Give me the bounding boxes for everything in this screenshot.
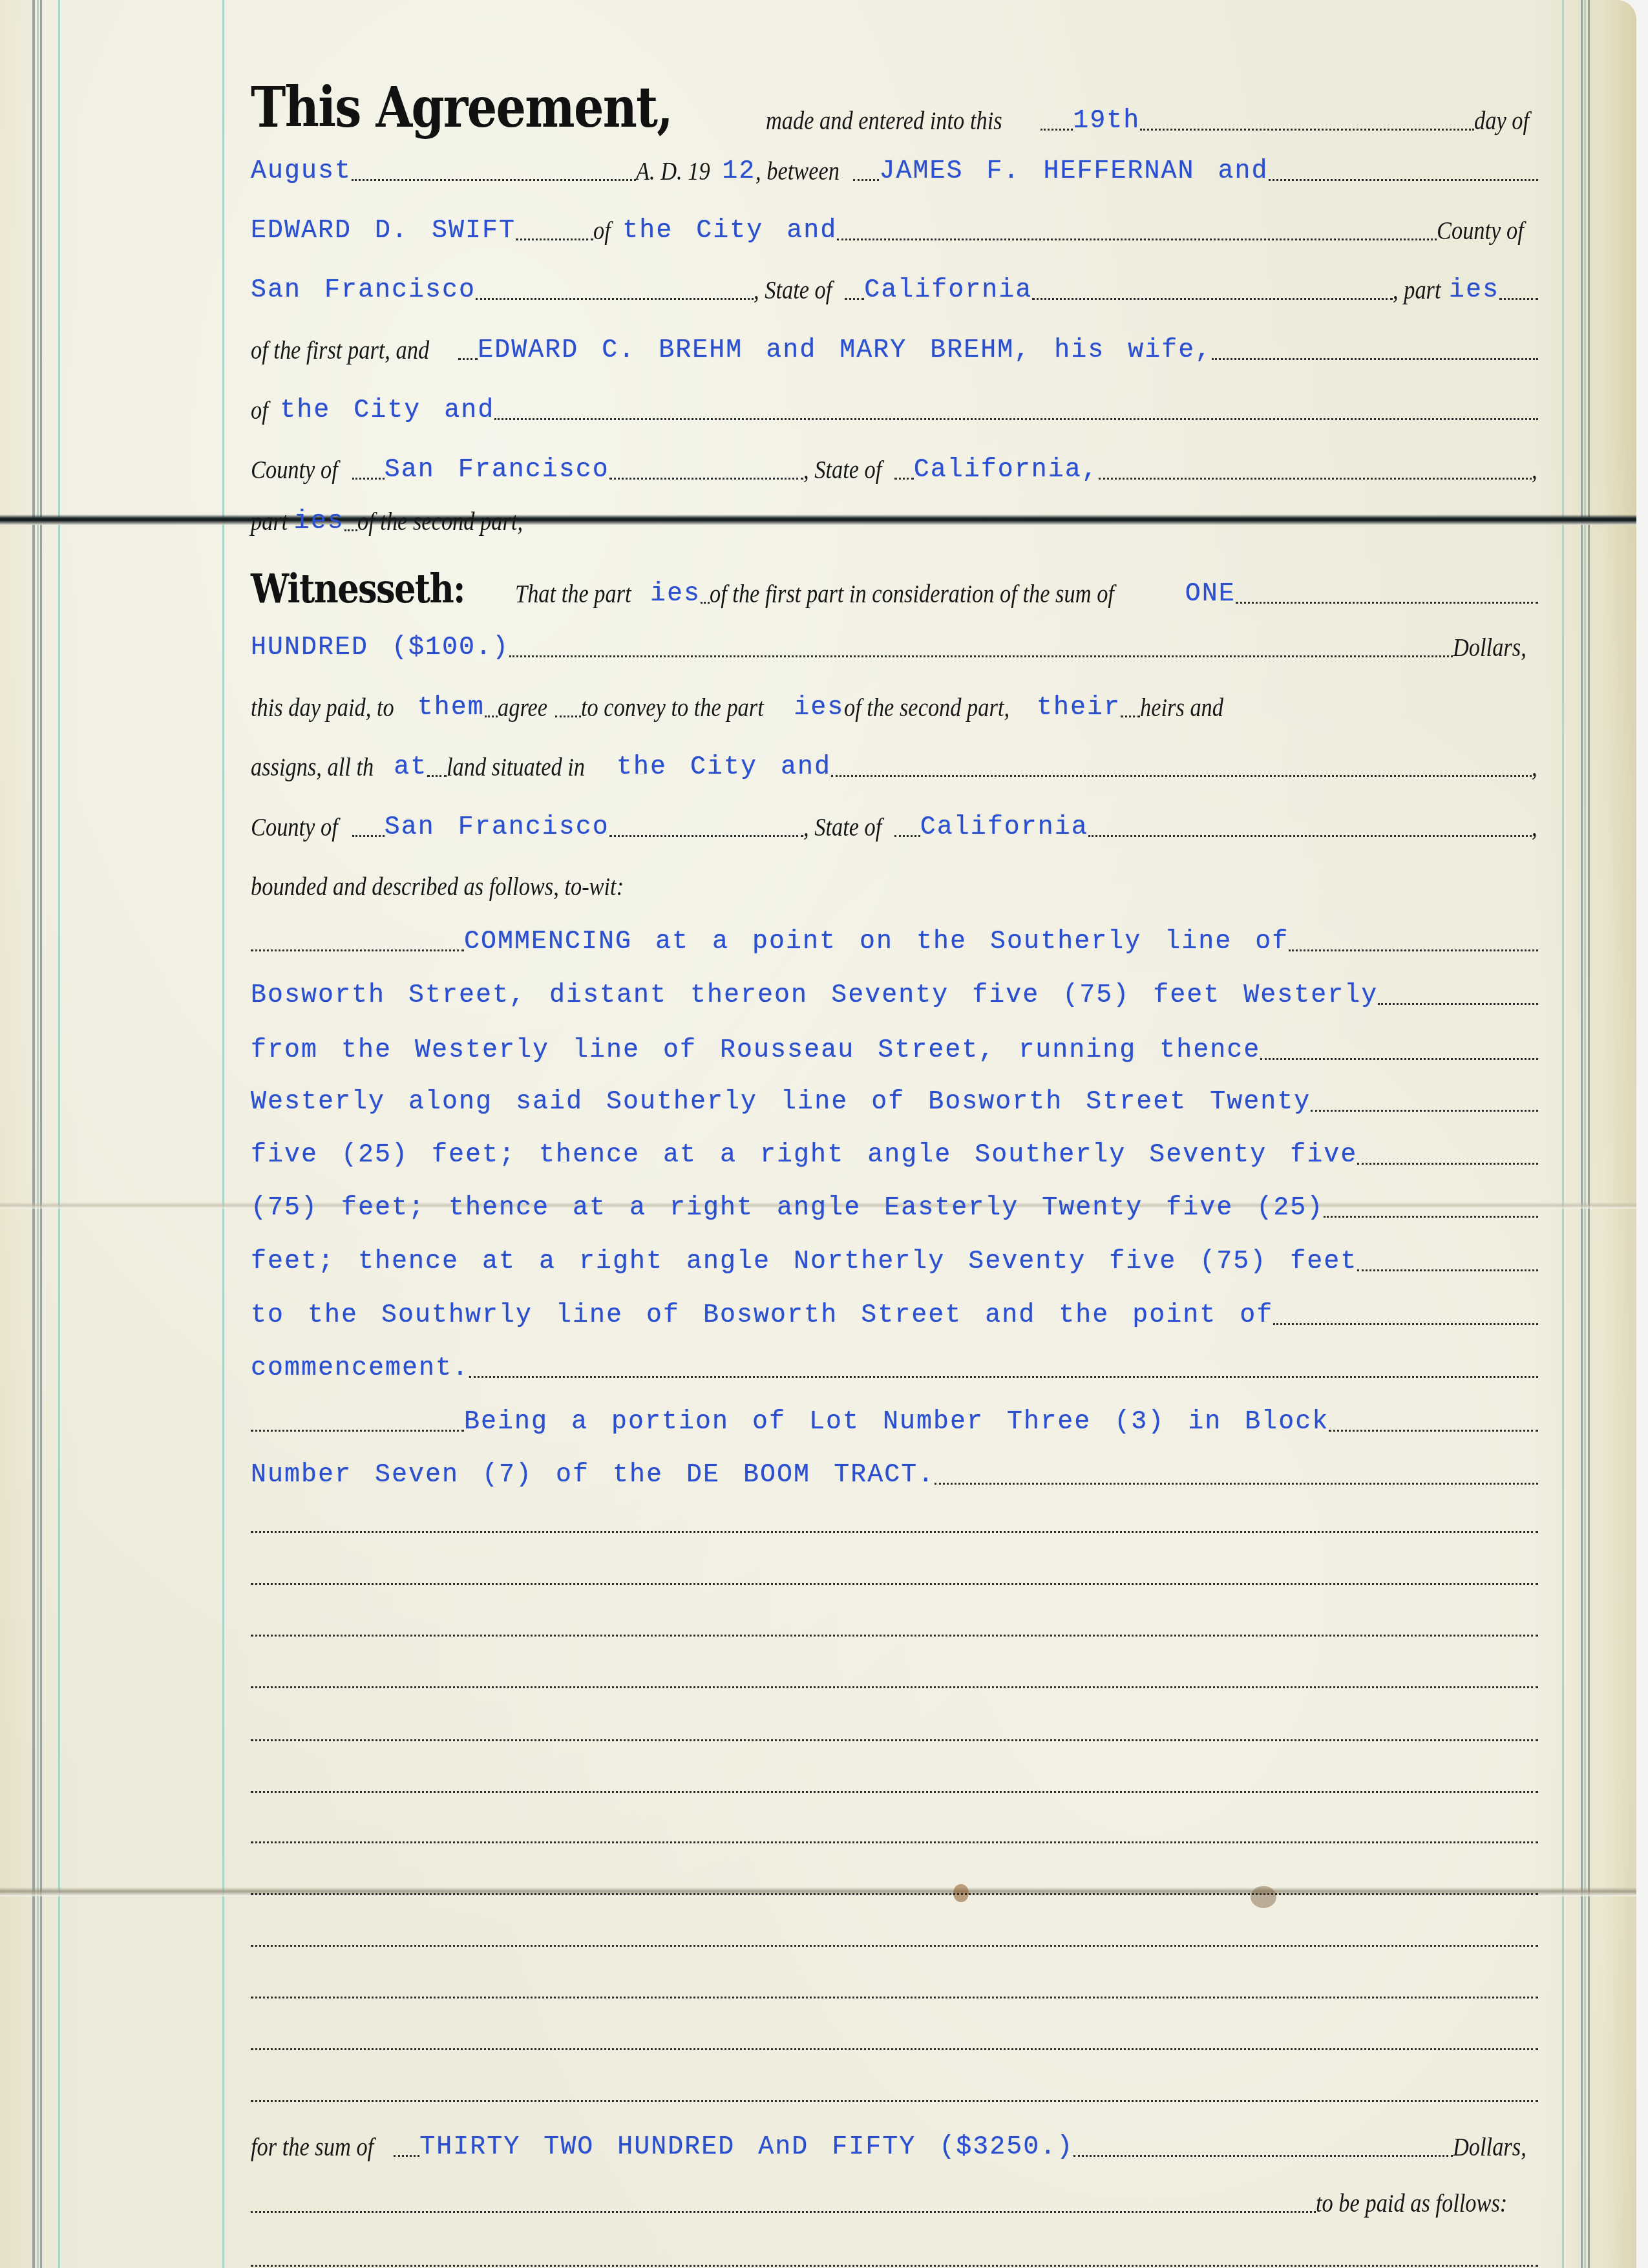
description-text[interactable]: to the Southwrly line of Bosworth Street… — [251, 1301, 1273, 1330]
fill-line — [469, 1376, 1538, 1378]
month-value[interactable]: August — [251, 157, 352, 186]
assigns-label: assigns, all th — [251, 752, 374, 782]
fill-line — [845, 298, 864, 300]
to-be-paid-label: to be paid as follows: — [1316, 2188, 1507, 2218]
second-party-location-line: County of San Francisco , State of Calif… — [251, 446, 1538, 485]
fill-line — [1311, 1110, 1538, 1112]
fill-line[interactable] — [251, 2048, 1538, 2050]
second-party-county[interactable]: San Francisco — [385, 456, 609, 485]
second-party-city[interactable]: the City and — [280, 396, 494, 425]
description-line: from the Westerly line of Rousseau Stree… — [251, 1026, 1538, 1065]
convey-label: to convey to the part — [581, 692, 764, 723]
fill-line — [516, 238, 593, 240]
description-text[interactable]: five (25) feet; thence at a right angle … — [251, 1141, 1357, 1170]
description-line: Number Seven (7) of the DE BOOM TRACT. — [251, 1451, 1538, 1490]
agree-label: agree — [498, 692, 547, 723]
blank-line — [251, 1810, 1538, 1849]
consideration-sum-cont[interactable]: HUNDRED ($100.) — [251, 633, 509, 662]
fill-line — [1260, 1058, 1538, 1060]
left-border-rule — [58, 0, 60, 2268]
fill-line — [609, 478, 803, 480]
second-party-names[interactable]: EDWARD C. BREHM and MARY BREHM, his wife… — [478, 336, 1212, 365]
of-label: of — [593, 215, 611, 246]
year-prefix: A. D. 19 — [636, 156, 710, 186]
parties-suffix[interactable]: ies — [1449, 276, 1499, 305]
right-border-rule — [1581, 0, 1583, 2268]
blank-line — [251, 1965, 1538, 2004]
blank-line — [251, 1551, 1538, 1590]
fill-line — [609, 835, 803, 837]
fill-line[interactable] — [251, 1945, 1538, 1947]
blank-line — [251, 1759, 1538, 1798]
state-of-label: , State of — [754, 275, 832, 305]
first-part-and-label: of the first part, and — [251, 335, 429, 365]
fill-line[interactable] — [251, 2211, 1316, 2213]
description-line: feet; thence at a right angle Northerly … — [251, 1238, 1538, 1277]
fill-line[interactable] — [251, 1583, 1538, 1585]
land-county[interactable]: San Francisco — [385, 813, 609, 842]
fill-line — [1329, 1430, 1538, 1432]
description-text[interactable]: from the Westerly line of Rousseau Stree… — [251, 1036, 1260, 1065]
heirs-label: heirs and — [1140, 692, 1223, 723]
fill-line[interactable] — [251, 1791, 1538, 1793]
intro-label: made and entered into this — [766, 105, 1002, 136]
convey-suffix[interactable]: ies — [794, 694, 844, 723]
blank-line — [251, 1708, 1538, 1746]
comma: , — [1532, 454, 1537, 485]
first-party-line2[interactable]: EDWARD D. SWIFT — [251, 217, 516, 246]
dollars-label: Dollars, — [1453, 632, 1527, 662]
second-party-city-line: of the City and — [251, 387, 1538, 425]
witnesseth-line: Witnesseth: That the part ies of the fir… — [251, 557, 1538, 609]
date-line: August A. D. 19 12 , between JAMES F. HE… — [251, 147, 1538, 186]
payment-terms-line: to be paid as follows: — [251, 2179, 1538, 2218]
fill-line — [1032, 298, 1393, 300]
witnesseth-parties-suffix[interactable]: ies — [650, 580, 701, 609]
fill-line — [427, 775, 447, 777]
paid-label: this day paid, to — [251, 692, 394, 723]
witnesseth-heading: Witnesseth: — [251, 569, 465, 609]
blank-line — [251, 2233, 1538, 2268]
first-party-county[interactable]: San Francisco — [251, 276, 476, 305]
description-line: five (25) feet; thence at a right angle … — [251, 1131, 1538, 1170]
description-line: Westerly along said Southerly line of Bo… — [251, 1078, 1538, 1117]
assigns-at[interactable]: at — [394, 753, 427, 782]
land-city[interactable]: the City and — [617, 753, 831, 782]
consideration-line: HUNDRED ($100.) Dollars, — [251, 624, 1538, 662]
land-location-line: County of San Francisco , State of Calif… — [251, 803, 1538, 842]
fill-line — [1099, 478, 1532, 480]
left-border-rule — [40, 0, 42, 2268]
fill-line — [1236, 602, 1538, 604]
fill-line — [1041, 129, 1073, 131]
fill-line — [1121, 715, 1140, 717]
blank-line — [251, 1913, 1538, 1952]
left-border-rule — [37, 0, 39, 2268]
fill-line[interactable] — [251, 2265, 1538, 2267]
their[interactable]: their — [1037, 694, 1121, 723]
fill-line[interactable] — [251, 1531, 1538, 1533]
description-line: Being a portion of Lot Number Three (3) … — [251, 1398, 1538, 1437]
description-line: COMMENCING at a point on the Southerly l… — [251, 918, 1538, 957]
first-party-line1[interactable]: JAMES F. HEFFERNAN and — [879, 157, 1268, 186]
fill-line — [1378, 1003, 1538, 1005]
description-line: (75) feet; thence at a right angle Easte… — [251, 1184, 1538, 1223]
land-line: assigns, all th at land situated in the … — [251, 743, 1538, 782]
witnesseth-text: of the first part in consideration of th… — [710, 578, 1114, 609]
of-label: of — [251, 395, 268, 425]
payment-sum[interactable]: THIRTY TWO HUNDRED AnD FIFTY ($3250.) — [419, 2133, 1073, 2162]
fill-line — [1212, 358, 1538, 360]
left-border-rule — [32, 0, 35, 2268]
description-text[interactable]: Westerly along said Southerly line of Bo… — [251, 1088, 1311, 1117]
description-line: commencement. — [251, 1344, 1538, 1383]
fill-line — [344, 529, 357, 531]
county-of-label: County of — [251, 454, 338, 485]
sum-label: for the sum of — [251, 2132, 374, 2162]
second-part-label: of the second part, — [844, 692, 1009, 723]
fill-line — [1357, 1269, 1538, 1271]
fill-line — [476, 298, 754, 300]
blank-line — [251, 2068, 1538, 2107]
right-border-rule — [1584, 0, 1586, 2268]
fill-line — [1269, 179, 1538, 181]
left-margin-rule — [222, 0, 224, 2268]
first-party-city[interactable]: the City and — [622, 217, 837, 246]
agreement-title: This Agreement, — [251, 80, 672, 136]
blank-line — [251, 2017, 1538, 2055]
description-text[interactable]: commencement. — [251, 1354, 469, 1383]
fill-line — [458, 358, 478, 360]
fill-line — [831, 775, 1532, 777]
agreement-title-line: This Agreement, made and entered into th… — [251, 65, 1538, 136]
parties-label: , part — [1393, 275, 1441, 305]
fill-line — [1357, 1163, 1538, 1165]
state-of-label: , State of — [803, 454, 882, 485]
fill-line — [935, 1483, 1538, 1485]
fill-line[interactable] — [251, 1739, 1538, 1741]
fill-line — [1273, 1323, 1538, 1325]
fill-line — [555, 715, 581, 717]
second-part-label: of the second part, — [357, 506, 523, 536]
land-state[interactable]: California — [920, 813, 1088, 842]
second-part-prefix: part — [251, 506, 288, 536]
fill-line — [352, 179, 636, 181]
between-label: , between — [755, 156, 840, 186]
comma: , — [1532, 812, 1537, 842]
right-margin-rule — [1562, 0, 1564, 2268]
fill-line — [853, 179, 879, 181]
fill-line — [251, 949, 464, 951]
county-of-label: County of — [251, 812, 338, 842]
dollars-label: Dollars, — [1453, 2132, 1527, 2162]
blank-line — [251, 1500, 1538, 1538]
second-party-line: of the first part, and EDWARD C. BREHM a… — [251, 326, 1538, 365]
payment-sum-line: for the sum of THIRTY TWO HUNDRED AnD FI… — [251, 2123, 1538, 2162]
fill-line — [1324, 1216, 1538, 1218]
blank-line — [251, 1655, 1538, 1693]
comma: , — [1532, 752, 1537, 782]
fill-line — [352, 478, 385, 480]
fill-line — [352, 835, 385, 837]
fill-line — [701, 602, 710, 604]
second-party-state[interactable]: California, — [914, 456, 1099, 485]
fill-line[interactable] — [251, 1635, 1538, 1637]
fill-line — [1140, 129, 1474, 131]
first-party-state[interactable]: California — [864, 276, 1032, 305]
fill-line — [1088, 835, 1532, 837]
right-border-rule — [1588, 0, 1590, 2268]
consideration-sum[interactable]: ONE — [1185, 580, 1236, 609]
land-label: land situated in — [447, 752, 585, 782]
fill-line[interactable] — [251, 2100, 1538, 2102]
bounded-label: bounded and described as follows, to-wit… — [251, 871, 624, 902]
description-text[interactable]: Number Seven (7) of the DE BOOM TRACT. — [251, 1461, 935, 1490]
fill-line — [394, 2155, 419, 2157]
fill-line — [1499, 298, 1538, 300]
convey-line: this day paid, to them agree to convey t… — [251, 684, 1538, 723]
fill-line — [251, 1430, 464, 1432]
fill-line — [1289, 949, 1538, 951]
fill-line[interactable] — [251, 1997, 1538, 1998]
blank-line — [251, 1603, 1538, 1642]
description-line: to the Southwrly line of Bosworth Street… — [251, 1291, 1538, 1330]
day-of-label: day of — [1474, 105, 1529, 136]
state-of-label: , State of — [803, 812, 882, 842]
first-party-line: EDWARD D. SWIFT of the City and County o… — [251, 207, 1538, 246]
fill-line[interactable] — [251, 1686, 1538, 1688]
year-suffix[interactable]: 12 — [722, 157, 755, 186]
paid-them[interactable]: them — [417, 694, 485, 723]
first-party-location-line: San Francisco , State of California , pa… — [251, 266, 1538, 305]
bounded-line: bounded and described as follows, to-wit… — [251, 863, 1538, 902]
witnesseth-text: That the part — [515, 578, 631, 609]
fill-line[interactable] — [251, 1841, 1538, 1843]
second-part-line: part ies of the second part, — [251, 498, 1538, 536]
description-line: Bosworth Street, distant thereon Seventy… — [251, 971, 1538, 1010]
fill-line — [1073, 2155, 1452, 2157]
fill-line[interactable] — [251, 1893, 1538, 1895]
day-value[interactable]: 19th — [1073, 107, 1140, 136]
county-of-label: County of — [1437, 215, 1524, 246]
description-text[interactable]: COMMENCING at a point on the Southerly l… — [464, 927, 1289, 957]
fill-line — [894, 835, 920, 837]
fill-line — [837, 238, 1437, 240]
fill-line — [485, 715, 498, 717]
fill-line — [894, 478, 914, 480]
second-part-suffix[interactable]: ies — [294, 507, 344, 536]
description-text[interactable]: Bosworth Street, distant thereon Seventy… — [251, 981, 1378, 1010]
fill-line — [494, 418, 1538, 420]
blank-line — [251, 1861, 1538, 1900]
description-text[interactable]: (75) feet; thence at a right angle Easte… — [251, 1194, 1324, 1223]
description-text[interactable]: feet; thence at a right angle Northerly … — [251, 1247, 1357, 1277]
description-text[interactable]: Being a portion of Lot Number Three (3) … — [464, 1408, 1329, 1437]
fill-line — [509, 655, 1453, 657]
